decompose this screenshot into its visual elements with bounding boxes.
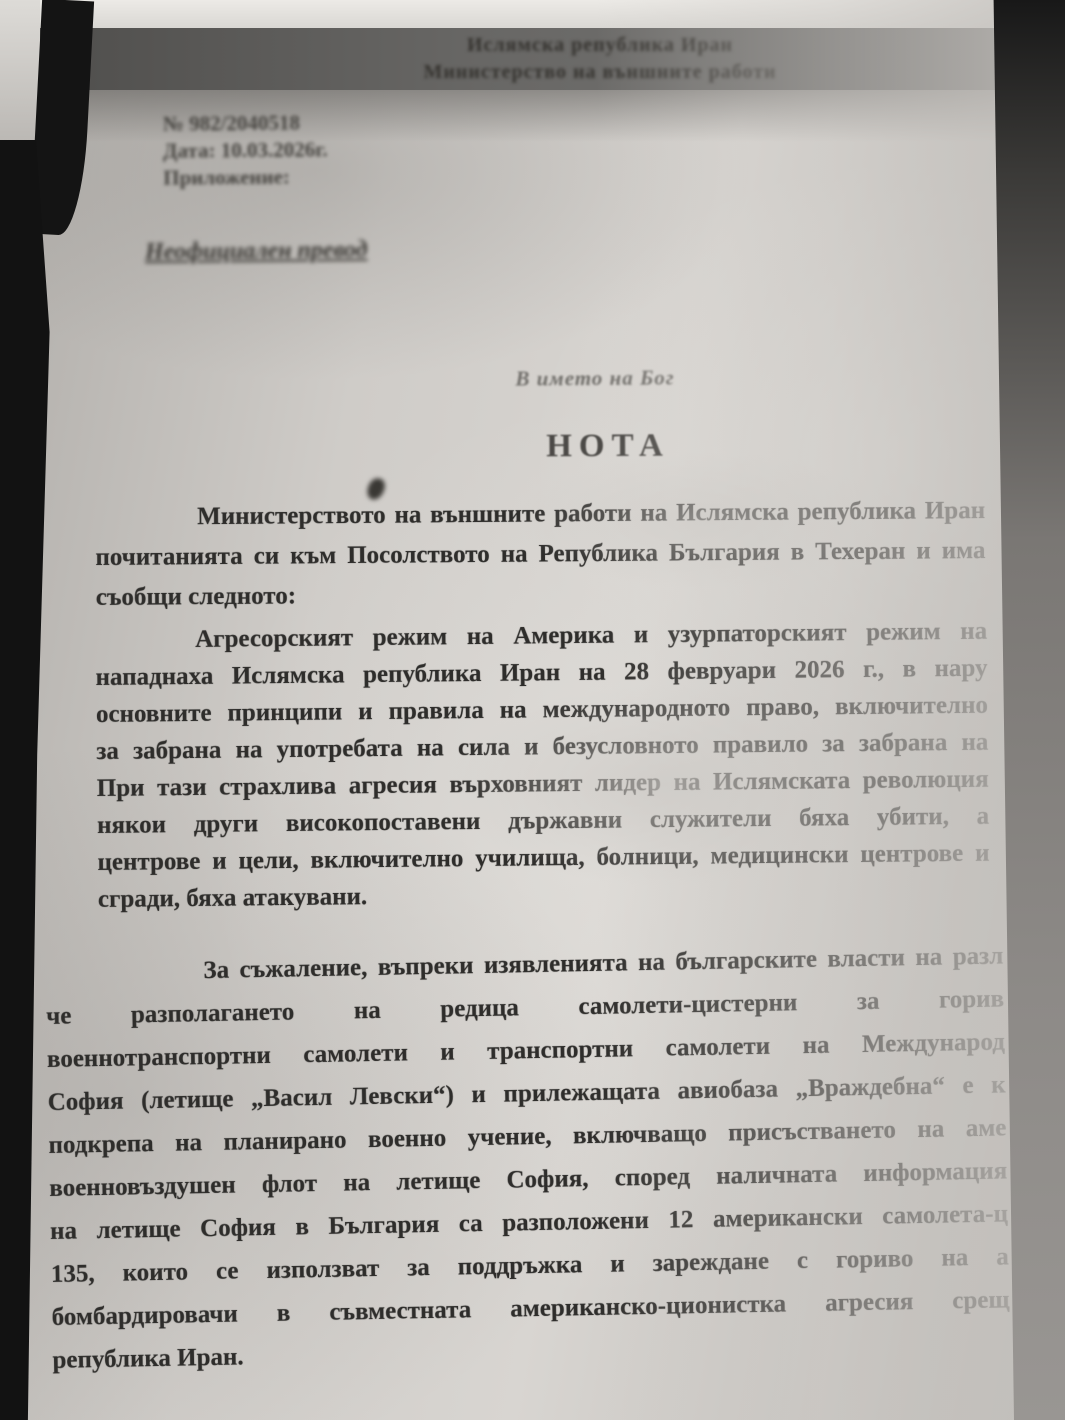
translation-note: Неофициален превод xyxy=(145,237,368,266)
scanned-document-page: Ислямска република Иран Министерство на … xyxy=(0,0,1065,1420)
document-body: № 982/2040518 Дата: 10.03.2026г. Приложе… xyxy=(95,0,985,1420)
scan-corner-top-left xyxy=(0,0,40,150)
invocation-line: В името на Бог xyxy=(515,365,674,391)
text-line: съобщи следното: xyxy=(96,571,986,618)
reference-block: № 982/2040518 Дата: 10.03.2026г. Приложе… xyxy=(163,109,328,191)
reference-number: № 982/2040518 xyxy=(163,109,328,137)
reference-date: Дата: 10.03.2026г. xyxy=(163,136,328,164)
reference-attachment: Приложение: xyxy=(163,163,328,191)
body-paragraph-1: Министерството на външните работи на Исл… xyxy=(95,491,986,618)
body-paragraph-2: Агресорският режим на Америка и узурпато… xyxy=(95,613,990,918)
text-line: почитанията си към Посолството на Републ… xyxy=(95,531,985,578)
body-paragraph-3: За съжаление, въпреки изявленията на бъл… xyxy=(45,934,1011,1381)
document-title: НОТА xyxy=(546,428,670,466)
text-line: Министерството на външните работи на Исл… xyxy=(95,491,985,538)
text-line: сгради, бяха атакувани. xyxy=(98,872,990,918)
